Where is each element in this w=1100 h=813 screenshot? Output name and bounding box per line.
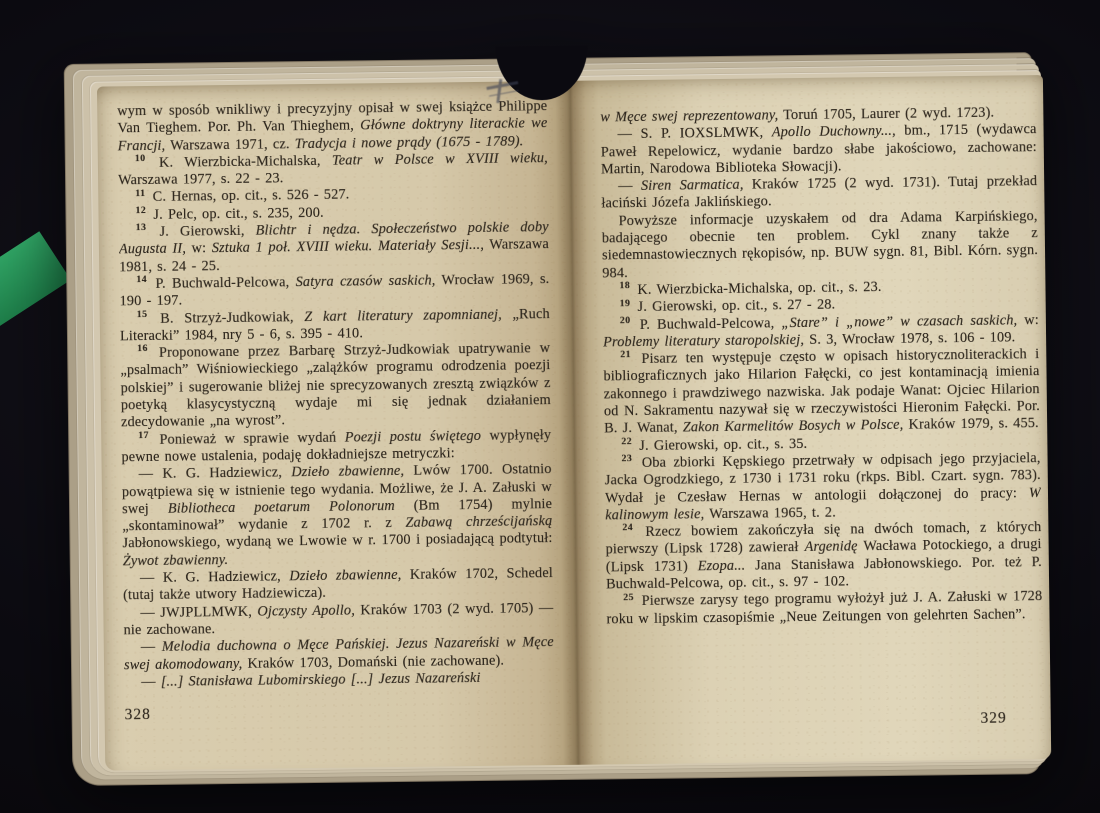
open-book: wym w sposób wnikliwy i precyzyjny opisa… xyxy=(64,44,1053,786)
text-run: Poezji postu świętego xyxy=(345,428,482,446)
text-run: Dzieło zbawienne, xyxy=(291,463,404,480)
footnote-paragraph: 21 Pisarz ten występuje często w opisach… xyxy=(603,346,1040,438)
text-run: Problemy literatury staropolskiej, xyxy=(603,332,804,350)
left-page-text: wym w sposób wnikliwy i precyzyjny opisa… xyxy=(117,98,554,703)
footnote-number: 21 xyxy=(620,349,631,360)
text-run: Zabawą chrześcijańską xyxy=(405,513,552,531)
footnote-paragraph: 13 J. Gierowski, Blichtr i nędza. Społec… xyxy=(119,219,550,276)
footnote-paragraph: 25 Pierwsze zarysy tego programu wyłożył… xyxy=(606,588,1042,628)
footnote-paragraph: — Melodia duchowna o Męce Pańskiej. Jezu… xyxy=(124,634,554,674)
footnote-paragraph: — Siren Sarmatica, Kraków 1725 (2 wyd. 1… xyxy=(601,173,1037,213)
footnote-number: 18 xyxy=(619,280,630,291)
text-run: J. Pelc, op. cit., s. 235, 200. xyxy=(148,205,324,223)
footnote-paragraph: Powyższe informacje uzyskałem od dra Ada… xyxy=(602,208,1039,283)
right-page: w Męce swej reprezentowany, Toruń 1705, … xyxy=(570,75,1051,765)
text-run: P. Buchwald-Pelcowa, xyxy=(633,315,782,333)
text-run: C. Hernas, op. cit., s. 526 - 527. xyxy=(147,187,349,205)
text-run: Żywot zbawienny. xyxy=(123,552,229,569)
text-run: Bibliotheca poetarum Polonorum xyxy=(168,498,395,517)
footnote-paragraph: — JWJPLLMWK, Ojczysty Apollo, Kraków 170… xyxy=(123,600,553,640)
text-run: Toruń 1705, Laurer (2 wyd. 1723). xyxy=(778,105,994,124)
text-run: P. Buchwald-Pelcowa, xyxy=(149,274,296,292)
text-run: Z kart literatury zapomnianej, xyxy=(304,306,502,324)
text-run: Dzieło zbawienne, xyxy=(289,567,401,584)
text-run: Siren Sarmatica, xyxy=(641,177,744,194)
text-run: Ojczysty Apollo, xyxy=(257,602,355,619)
text-run: Oba zbiorki Kępskiego przetrwały w odpis… xyxy=(605,450,1041,506)
text-run: Proponowane przez Barbarę Strzyż-Judkowi… xyxy=(120,340,551,430)
page-number-right: 329 xyxy=(980,710,1006,728)
footnote-paragraph: 15 B. Strzyż-Judkowiak, Z kart literatur… xyxy=(120,306,550,346)
text-run: Argenidę xyxy=(804,539,857,556)
left-page: wym w sposób wnikliwy i precyzyjny opisa… xyxy=(97,81,578,771)
footnote-paragraph: 20 P. Buchwald-Pelcowa, „Stare” i „nowe”… xyxy=(603,312,1039,352)
page-number-left: 328 xyxy=(125,706,151,724)
text-run: — xyxy=(618,178,641,194)
footnote-paragraph: wym w sposób wnikliwy i precyzyjny opisa… xyxy=(117,98,548,155)
text-run: Warszawa 1965, t. 2. xyxy=(704,504,836,522)
text-run: Warszawa 1977, s. 22 - 23. xyxy=(118,171,284,189)
text-run: K. Wierzbicka-Michalska, xyxy=(148,153,333,171)
footnote-number: 10 xyxy=(135,153,146,164)
footnote-number: 24 xyxy=(622,522,633,533)
text-run: J. Gierowski, op. cit., s. 35. xyxy=(634,436,807,454)
text-run: w: xyxy=(1017,312,1039,328)
text-run: „Stare” i „nowe” w czasach saskich, xyxy=(781,312,1017,331)
text-run: w Męce swej reprezentowany, xyxy=(600,107,778,125)
footnote-number: 17 xyxy=(138,430,149,441)
text-run: Kraków 1703, Domański (nie zachowane). xyxy=(242,652,504,671)
text-run: Teatr w Polsce w XVIII wieku, xyxy=(332,150,548,169)
footnote-number: 23 xyxy=(621,453,632,464)
text-run: Powyższe informacje uzyskałem od dra Ada… xyxy=(602,208,1038,281)
book-photo: wym w sposób wnikliwy i precyzyjny opisa… xyxy=(0,0,1100,813)
text-run: Tradycja i nowe prądy (1675 - 1789). xyxy=(295,133,524,152)
footnote-number: 22 xyxy=(621,436,632,447)
text-run: Kraków 1979, s. 455. xyxy=(903,415,1039,433)
text-run: — K. G. Hadziewicz, xyxy=(139,464,292,482)
text-run: S. 3, Wrocław 1978, s. 106 - 109. xyxy=(804,329,1015,348)
text-run: Jabłonowskiego, wydaną we Lwowie w r. 17… xyxy=(122,530,552,551)
text-run: Ponieważ w sprawie wydań xyxy=(151,429,345,447)
right-page-text: w Męce swej reprezentowany, Toruń 1705, … xyxy=(600,104,1043,701)
text-run: B. Strzyż-Judkowiak, xyxy=(149,309,304,327)
footnote-paragraph: 14 P. Buchwald-Pelcowa, Satyra czasów sa… xyxy=(119,271,549,311)
footnote-paragraph: — S. P. IOXSLMWK, Apollo Duchowny..., bm… xyxy=(600,121,1037,178)
footnote-paragraph: 10 K. Wierzbicka-Michalska, Teatr w Pols… xyxy=(118,150,548,190)
footnote-number: 25 xyxy=(623,592,634,603)
footnote-number: 12 xyxy=(135,205,146,216)
text-run: Satyra czasów saskich, xyxy=(295,272,435,290)
text-run: Sztuka 1 poł. XVIII wieku. Materiały Ses… xyxy=(212,237,484,256)
footnote-number: 11 xyxy=(135,188,145,199)
footnote-paragraph: — K. G. Hadziewicz, Dzieło zbawienne, Lw… xyxy=(122,461,553,570)
text-run: Pierwsze zarysy tego programu wyłożył ju… xyxy=(606,588,1042,627)
text-run: w: xyxy=(186,241,212,257)
text-run: — K. G. Hadziewicz, xyxy=(140,568,290,586)
text-run: Zakon Karmelitów Bosych w Polsce, xyxy=(683,417,904,436)
text-run: K. Wierzbicka-Michalska, op. cit., s. 23… xyxy=(632,279,881,298)
footnote-number: 19 xyxy=(620,298,631,309)
footnote-number: 16 xyxy=(137,343,148,354)
footnote-paragraph: 23 Oba zbiorki Kępskiego przetrwały w od… xyxy=(604,450,1041,525)
text-run: [...] Stanisława Lubomirskiego [...] Jez… xyxy=(161,670,481,690)
text-run: Warszawa 1971, cz. xyxy=(165,136,295,154)
footnote-number: 13 xyxy=(136,222,147,233)
text-run: — xyxy=(141,674,161,690)
text-run: Ezopa... xyxy=(698,557,746,574)
text-run: Apollo Duchowny..., xyxy=(772,123,896,141)
text-run: J. Gierowski, op. cit., s. 27 - 28. xyxy=(632,297,835,315)
page-spread: wym w sposób wnikliwy i precyzyjny opisa… xyxy=(97,75,1051,771)
footnote-paragraph: 17 Ponieważ w sprawie wydań Poezji postu… xyxy=(121,427,551,467)
text-run: — JWJPLLMWK, xyxy=(140,603,257,620)
footnote-number: 15 xyxy=(137,309,148,320)
footnote-paragraph: — K. G. Hadziewicz, Dzieło zbawienne, Kr… xyxy=(123,565,553,605)
text-run: — S. P. IOXSLMWK, xyxy=(617,125,771,143)
text-run: J. Gierowski, xyxy=(148,223,255,240)
green-cloth-stripe xyxy=(0,231,71,326)
footnote-number: 14 xyxy=(136,274,147,285)
footnote-paragraph: 16 Proponowane przez Barbarę Strzyż-Judk… xyxy=(120,340,551,432)
footnote-paragraph: 24 Rzecz bowiem zakończyła się na dwóch … xyxy=(605,519,1042,594)
text-run: — xyxy=(141,639,162,655)
footnote-number: 20 xyxy=(620,315,631,326)
